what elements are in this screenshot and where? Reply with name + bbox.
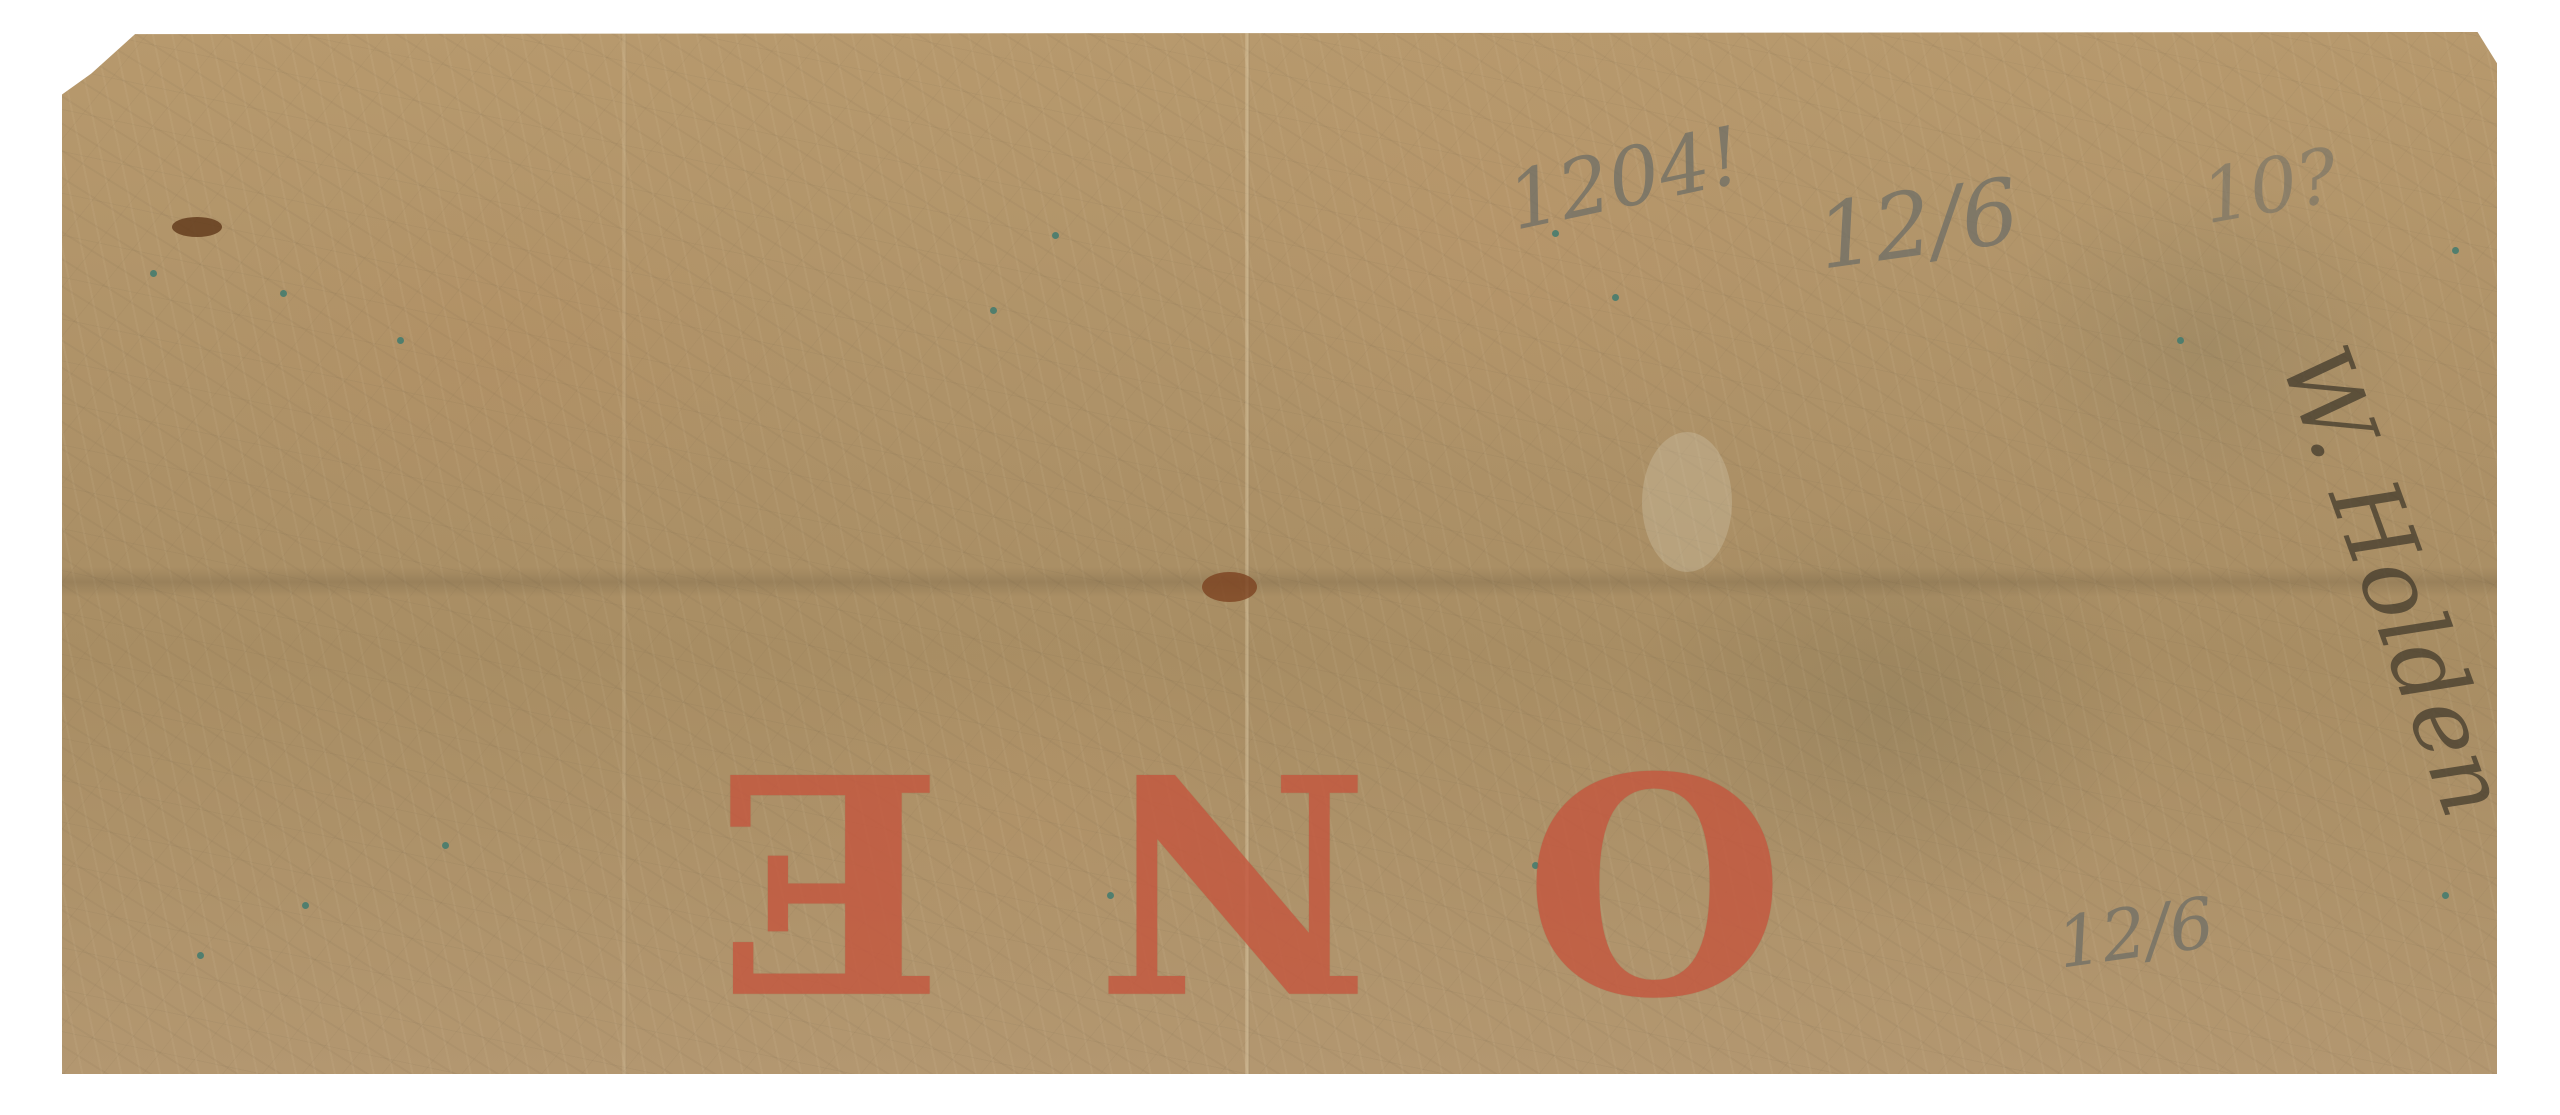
- green-speck: [197, 952, 204, 959]
- printed-denomination-one: O N E: [715, 755, 1785, 1005]
- green-speck: [990, 307, 997, 314]
- stain: [172, 217, 222, 237]
- letter-o: O: [1524, 755, 1785, 1005]
- letter-e: E: [715, 755, 944, 1005]
- green-speck: [2177, 337, 2184, 344]
- green-speck: [1612, 294, 1619, 301]
- vertical-fold-line: [622, 32, 627, 1074]
- green-speck: [1052, 232, 1059, 239]
- green-speck: [2442, 892, 2449, 899]
- letter-n: N: [1097, 755, 1371, 1005]
- green-speck: [2452, 247, 2459, 254]
- green-speck: [442, 842, 449, 849]
- worn-spot: [1642, 432, 1732, 572]
- green-speck: [397, 337, 404, 344]
- green-speck: [150, 270, 157, 277]
- green-speck: [280, 290, 287, 297]
- green-speck: [302, 902, 309, 909]
- stain: [1202, 572, 1257, 602]
- horizontal-fold-line: [62, 567, 2497, 597]
